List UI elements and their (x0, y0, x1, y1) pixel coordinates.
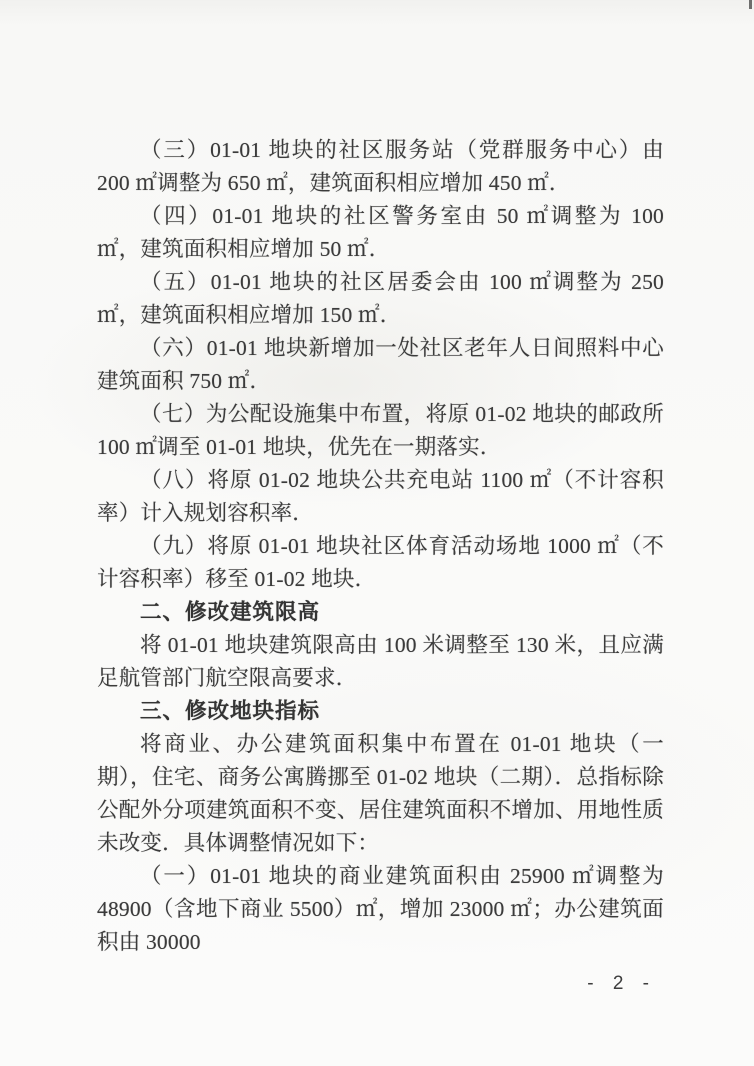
clause-4: （四）01-01 地块的社区警务室由 50 ㎡调整为 100 ㎡，建筑面积相应增… (97, 200, 664, 266)
document-body: （三）01-01 地块的社区服务站（党群服务中心）由 200 ㎡调整为 650 … (97, 134, 664, 959)
clause-3: （三）01-01 地块的社区服务站（党群服务中心）由 200 ㎡调整为 650 … (97, 134, 664, 200)
clause-9: （九）将原 01-01 地块社区体育活动场地 1000 ㎡（不计容积率）移至 0… (97, 530, 664, 596)
section-2-body: 将 01-01 地块建筑限高由 100 米调整至 130 米，且应满足航管部门航… (97, 629, 664, 695)
clause-5: （五）01-01 地块的社区居委会由 100 ㎡调整为 250 ㎡，建筑面积相应… (97, 266, 664, 332)
section-3-intro: 将商业、办公建筑面积集中布置在 01-01 地块（一期），住宅、商务公寓腾挪至 … (97, 728, 664, 860)
page-number: - 2 - (587, 973, 654, 995)
section-heading-3: 三、修改地块指标 (97, 695, 664, 728)
section-heading-2: 二、修改建筑限高 (97, 596, 664, 629)
clause-7: （七）为公配设施集中布置，将原 01-02 地块的邮政所 100 ㎡调至 01-… (97, 398, 664, 464)
clause-6: （六）01-01 地块新增加一处社区老年人日间照料中心建筑面积 750 ㎡． (97, 332, 664, 398)
scan-artifact (749, 0, 752, 9)
clause-8: （八）将原 01-02 地块公共充电站 1100 ㎡（不计容积率）计入规划容积率… (97, 464, 664, 530)
document-page: （三）01-01 地块的社区服务站（党群服务中心）由 200 ㎡调整为 650 … (0, 0, 754, 1066)
clause-1-indexes: （一）01-01 地块的商业建筑面积由 25900 ㎡调整为 48900（含地下… (97, 860, 664, 959)
